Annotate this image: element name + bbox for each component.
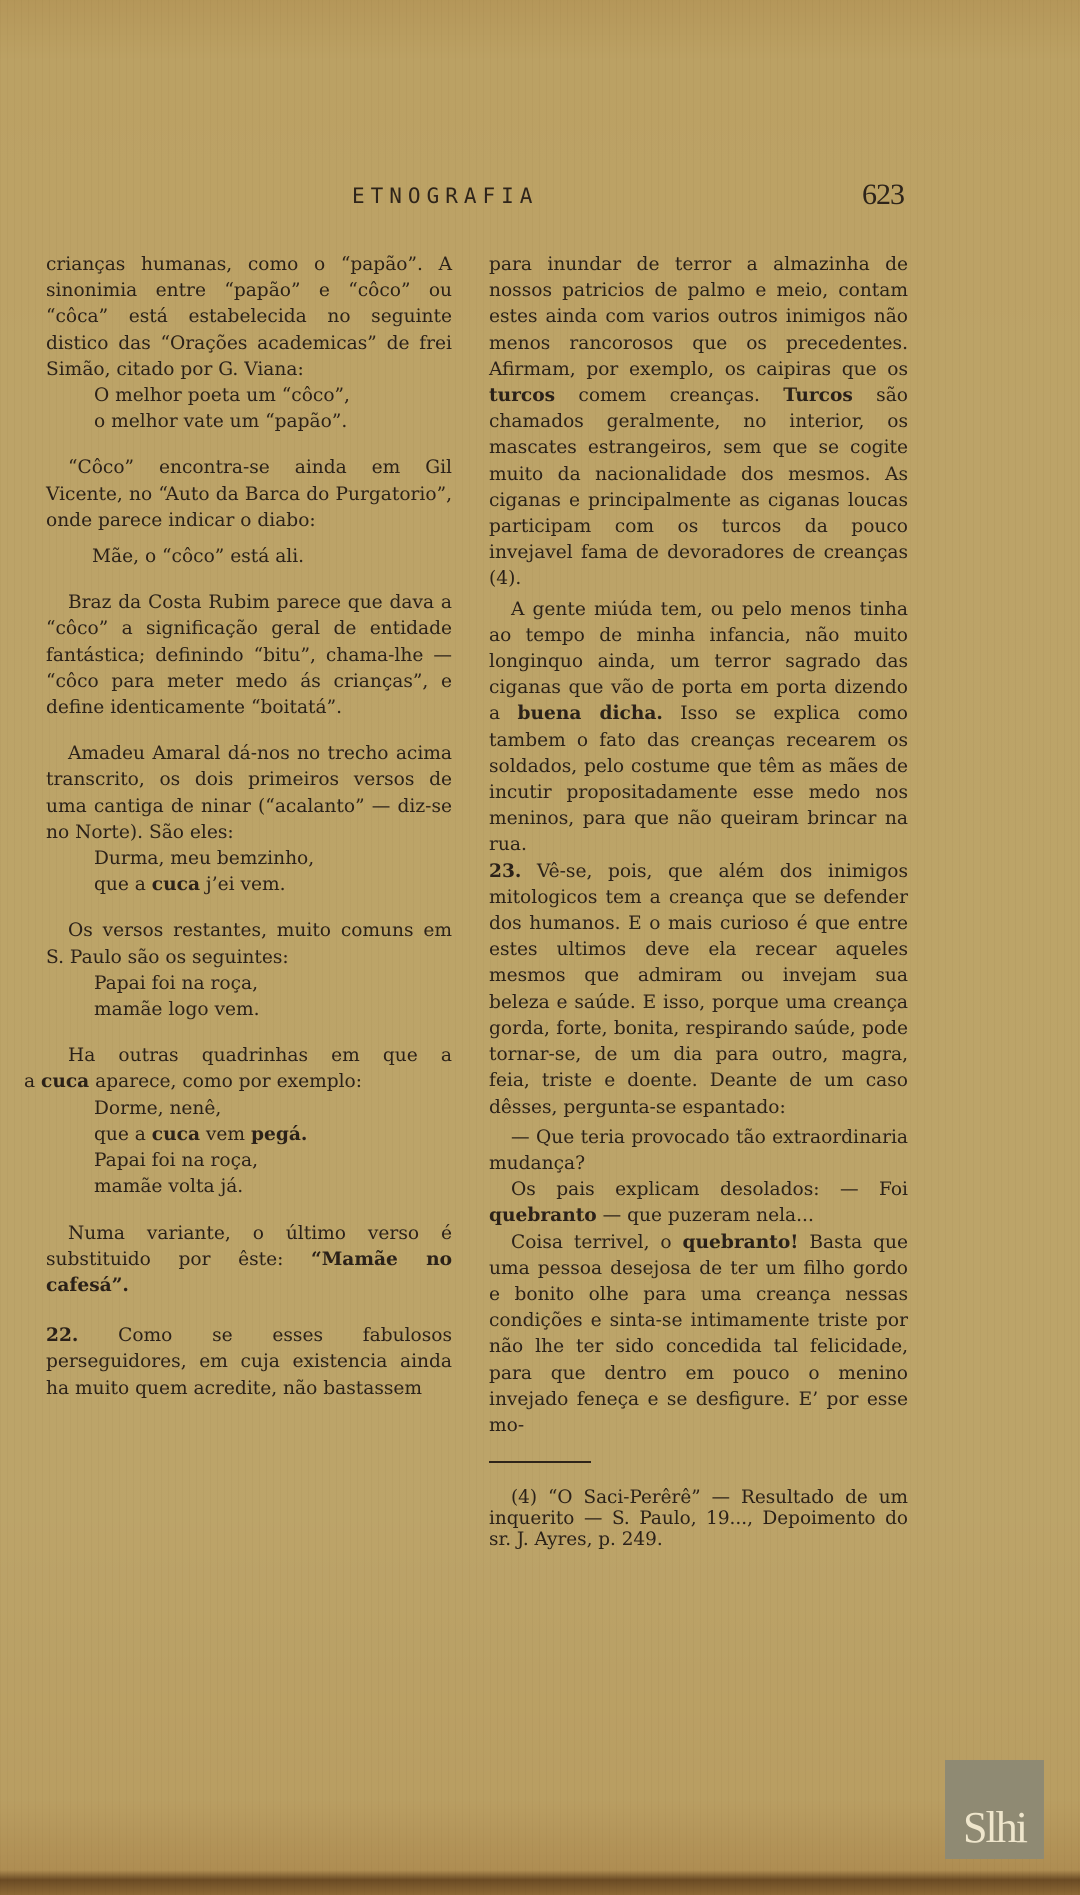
paragraph: crianças humanas, como o “papão”. A sino… — [46, 252, 452, 383]
text: para inundar de terror a almazinha de no… — [489, 254, 908, 380]
paragraph: Numa variante, o último verso é substitu… — [46, 1221, 452, 1300]
paragraph: Os pais explicam desolados: — Foi quebra… — [489, 1177, 908, 1229]
page-number: 623 — [862, 178, 904, 212]
paragraph: Amadeu Amaral dá-nos no trecho acima tra… — [46, 741, 452, 846]
emphasis-term: quebranto! — [683, 1232, 799, 1253]
verse-line: o melhor vate um “papão”. — [94, 409, 452, 435]
section-paragraph: 23. Vê-se, pois, que além dos inimigos m… — [489, 859, 908, 1121]
running-title: ETNOGRAFIA — [352, 184, 538, 208]
paragraph: para inundar de terror a almazinha de no… — [489, 252, 908, 593]
text: — que puzeram nela... — [597, 1205, 814, 1226]
paragraph: A gente miúda tem, ou pelo menos tinha a… — [489, 597, 908, 859]
verse-line: que a cuca j’ei vem. — [94, 872, 452, 898]
emphasis-term: cuca — [152, 1124, 200, 1145]
verse-line: Dorme, nenê, — [94, 1096, 452, 1122]
paragraph: Os versos restantes, muito comuns em S. … — [46, 918, 452, 970]
verse-quote: Durma, meu bemzinho, que a cuca j’ei vem… — [46, 846, 452, 898]
verse-text: que a — [94, 1124, 152, 1145]
paragraph: Braz da Costa Rubim parece que dava a “c… — [46, 590, 452, 721]
verse-line: O melhor poeta um “côco”, — [94, 383, 452, 409]
emphasis-term: quebranto — [489, 1205, 597, 1226]
verse-quote: Papai foi na roça, mamãe logo vem. — [46, 971, 452, 1023]
text: Coisa terrivel, o — [511, 1232, 683, 1253]
paragraph: Coisa terrivel, o quebranto! Basta que u… — [489, 1230, 908, 1440]
emphasis-term: cuca — [41, 1071, 89, 1092]
verse-line: Mãe, o “côco” está ali. — [92, 544, 452, 570]
text: Isso se explica como tambem o fato das c… — [489, 703, 908, 855]
emphasis-term: buena dicha. — [518, 703, 663, 724]
verse-line: Papai foi na roça, — [94, 1148, 452, 1174]
left-column: crianças humanas, como o “papão”. A sino… — [46, 252, 452, 1402]
text: Basta que uma pessoa desejosa de ter um … — [489, 1232, 908, 1436]
text: aparece, como por exemplo: — [89, 1071, 362, 1092]
section-number: 22. — [46, 1325, 78, 1346]
verse-quote: Dorme, nenê, que a cuca vem pegá. Papai … — [46, 1096, 452, 1201]
emphasis-term: Turcos — [783, 385, 853, 406]
paragraph-line: a cuca aparece, como por exemplo: — [24, 1069, 452, 1095]
text: a — [24, 1071, 41, 1092]
paragraph: Ha outras quadrinhas em que a a cuca apa… — [46, 1043, 452, 1095]
verse-line: que a cuca vem pegá. — [94, 1122, 452, 1148]
section-paragraph: 22. Como se esses fabulosos perseguidore… — [46, 1323, 452, 1402]
verse-line: mamãe volta já. — [94, 1174, 452, 1200]
emphasis-term: pegá. — [251, 1124, 307, 1145]
verse-line: mamãe logo vem. — [94, 997, 452, 1023]
watermark-text: Slhi — [963, 1802, 1026, 1853]
verse-quote: Mãe, o “côco” está ali. — [46, 544, 452, 570]
verse-quote: O melhor poeta um “côco”, o melhor vate … — [46, 383, 452, 435]
emphasis-term: cuca — [152, 874, 200, 895]
text: Como se esses fabulosos perseguidores, e… — [46, 1325, 452, 1398]
page-header: ETNOGRAFIA 623 — [0, 178, 1080, 218]
text: comem creanças. — [555, 385, 783, 406]
paragraph-line: Ha outras quadrinhas em que a — [46, 1043, 452, 1069]
verse-text: vem — [200, 1124, 251, 1145]
verse-line: Papai foi na roça, — [94, 971, 452, 997]
text: são chamados geralmente, no interior, os… — [489, 385, 908, 589]
text: Os pais explicam desolados: — Foi — [511, 1179, 908, 1200]
paragraph: — Que teria provocado tão extraordinaria… — [489, 1125, 908, 1177]
text: Vê-se, pois, que além dos inimigos mitol… — [489, 861, 908, 1118]
verse-line: Durma, meu bemzinho, — [94, 846, 452, 872]
emphasis-term: turcos — [489, 385, 555, 406]
verse-text: j’ei vem. — [200, 874, 286, 895]
footnote-divider — [489, 1461, 591, 1463]
footnote: (4) “O Saci-Perêrê” — Resultado de um in… — [489, 1487, 908, 1550]
section-number: 23. — [489, 861, 521, 882]
paragraph: “Côco” encontra-se ainda em Gil Vicente,… — [46, 455, 452, 534]
watermark-logo: Slhi — [945, 1760, 1044, 1859]
verse-text: que a — [94, 874, 152, 895]
right-column: para inundar de terror a almazinha de no… — [489, 252, 908, 1569]
